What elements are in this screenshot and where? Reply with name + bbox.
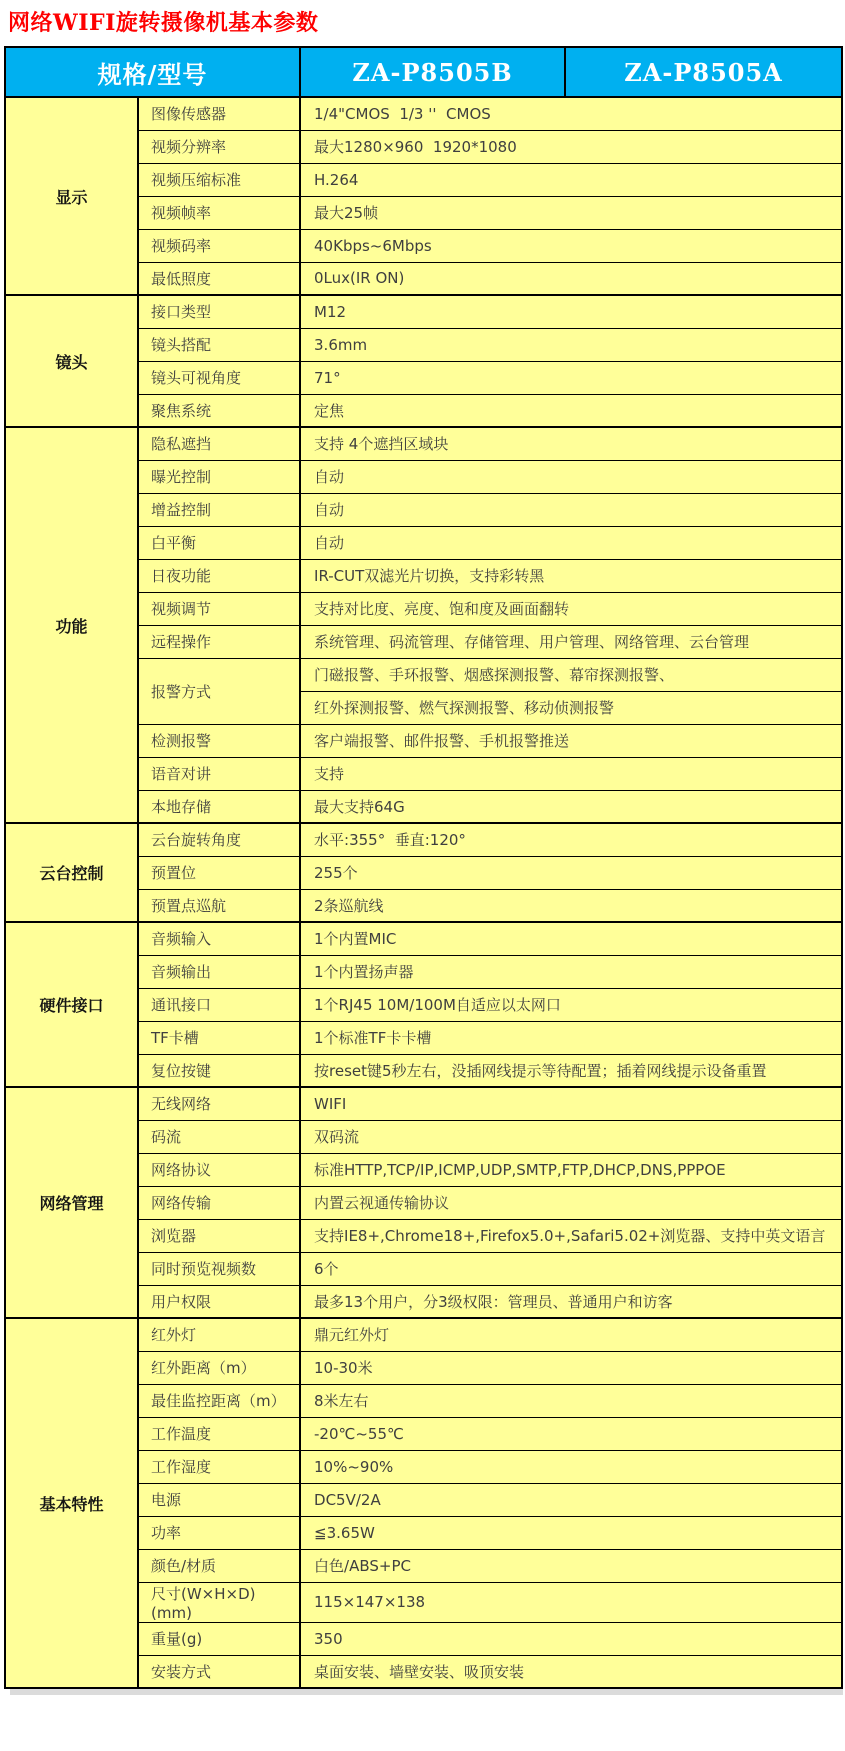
table-row: 云台控制云台旋转角度水平:355° 垂直:120°: [5, 823, 842, 856]
header-cell: ZA-P8505B: [300, 47, 565, 97]
spec-value: 系统管理、码流管理、存储管理、用户管理、网络管理、云台管理: [300, 625, 842, 658]
spec-label: 接口类型: [138, 295, 300, 328]
spec-label: 安装方式: [138, 1655, 300, 1688]
spec-label: 视频码率: [138, 229, 300, 262]
spec-label: 镜头搭配: [138, 328, 300, 361]
spec-label: 视频帧率: [138, 196, 300, 229]
spec-label: 网络协议: [138, 1153, 300, 1186]
spec-value: WIFI: [300, 1087, 842, 1120]
spec-value: 0Lux(IR ON): [300, 262, 842, 295]
spec-value: 水平:355° 垂直:120°: [300, 823, 842, 856]
spec-label: 曝光控制: [138, 460, 300, 493]
spec-value: H.264: [300, 163, 842, 196]
spec-label: 图像传感器: [138, 97, 300, 130]
spec-value: 3.6mm: [300, 328, 842, 361]
spec-value: 红外探测报警、燃气探测报警、移动侦测报警: [300, 691, 842, 724]
spec-label: 最低照度: [138, 262, 300, 295]
spec-label: 电源: [138, 1483, 300, 1516]
spec-value: 6个: [300, 1252, 842, 1285]
spec-value: 最大1280×960 1920*1080: [300, 130, 842, 163]
spec-label: 报警方式: [138, 658, 300, 724]
table-row: 网络管理无线网络WIFI: [5, 1087, 842, 1120]
spec-value: 1/4"CMOS 1/3 '' CMOS: [300, 97, 842, 130]
spec-label: TF卡槽: [138, 1021, 300, 1054]
page-title: 网络WIFI旋转摄像机基本参数: [8, 6, 845, 37]
spec-label: 网络传输: [138, 1186, 300, 1219]
spec-label: 预置点巡航: [138, 889, 300, 922]
spec-value: 内置云视通传输协议: [300, 1186, 842, 1219]
spec-label: 音频输入: [138, 922, 300, 955]
spec-value: 双码流: [300, 1120, 842, 1153]
spec-value: 支持: [300, 757, 842, 790]
spec-value: 自动: [300, 526, 842, 559]
spec-label: 红外距离（m）: [138, 1351, 300, 1384]
spec-value: 2条巡航线: [300, 889, 842, 922]
spec-label: 白平衡: [138, 526, 300, 559]
spec-value: 按reset键5秒左右，没插网线提示等待配置；插着网线提示设备重置: [300, 1054, 842, 1087]
spec-value: 71°: [300, 361, 842, 394]
spec-value: 客户端报警、邮件报警、手机报警推送: [300, 724, 842, 757]
spec-label: 工作湿度: [138, 1450, 300, 1483]
spec-label: 复位按键: [138, 1054, 300, 1087]
category-cell: 显示: [5, 97, 138, 295]
spec-value: 最大支持64G: [300, 790, 842, 823]
spec-value: 1个RJ45 10M/100M自适应以太网口: [300, 988, 842, 1021]
spec-value: 支持对比度、亮度、饱和度及画面翻转: [300, 592, 842, 625]
spec-label: 语音对讲: [138, 757, 300, 790]
category-cell: 网络管理: [5, 1087, 138, 1318]
table-row: 硬件接口音频输入1个内置MIC: [5, 922, 842, 955]
header-cell: 规格/型号: [5, 47, 300, 97]
table-row: 镜头接口类型M12: [5, 295, 842, 328]
spec-value: 1个标准TF卡卡槽: [300, 1021, 842, 1054]
category-cell: 镜头: [5, 295, 138, 427]
spec-label: 功率: [138, 1516, 300, 1549]
spec-value: 支持IE8+,Chrome18+,Firefox5.0+,Safari5.02+…: [300, 1219, 842, 1252]
spec-label: 增益控制: [138, 493, 300, 526]
spec-label: 视频压缩标准: [138, 163, 300, 196]
table-row: 功能隐私遮挡支持 4个遮挡区域块: [5, 427, 842, 460]
spec-label: 视频分辨率: [138, 130, 300, 163]
spec-value: -20℃~55℃: [300, 1417, 842, 1450]
spec-label: 浏览器: [138, 1219, 300, 1252]
spec-label: 无线网络: [138, 1087, 300, 1120]
spec-value: 标准HTTP,TCP/IP,ICMP,UDP,SMTP,FTP,DHCP,DNS…: [300, 1153, 842, 1186]
spec-label: 同时预览视频数: [138, 1252, 300, 1285]
spec-value: 最大25帧: [300, 196, 842, 229]
table-row: 基本特性红外灯鼎元红外灯: [5, 1318, 842, 1351]
table-row: 显示图像传感器1/4"CMOS 1/3 '' CMOS: [5, 97, 842, 130]
spec-label: 尺寸(W×H×D)(mm): [138, 1582, 300, 1622]
spec-value: 255个: [300, 856, 842, 889]
header-row: 规格/型号ZA-P8505BZA-P8505A: [5, 47, 842, 97]
spec-value: 鼎元红外灯: [300, 1318, 842, 1351]
spec-label: 最佳监控距离（m）: [138, 1384, 300, 1417]
spec-value: 白色/ABS+PC: [300, 1549, 842, 1582]
category-cell: 云台控制: [5, 823, 138, 922]
spec-label: 通讯接口: [138, 988, 300, 1021]
spec-table: 规格/型号ZA-P8505BZA-P8505A 显示图像传感器1/4"CMOS …: [4, 46, 843, 1689]
spec-label: 颜色/材质: [138, 1549, 300, 1582]
spec-label: 远程操作: [138, 625, 300, 658]
spec-label: 用户权限: [138, 1285, 300, 1318]
spec-value: ≦3.65W: [300, 1516, 842, 1549]
spec-label: 本地存储: [138, 790, 300, 823]
spec-label: 红外灯: [138, 1318, 300, 1351]
spec-value: 桌面安装、墙壁安装、吸顶安装: [300, 1655, 842, 1688]
spec-label: 重量(g): [138, 1622, 300, 1655]
spec-label: 镜头可视角度: [138, 361, 300, 394]
spec-value: 1个内置扬声器: [300, 955, 842, 988]
spec-value: 门磁报警、手环报警、烟感探测报警、幕帘探测报警、: [300, 658, 842, 691]
spec-sheet: 网络WIFI旋转摄像机基本参数 规格/型号ZA-P8505BZA-P8505A …: [0, 6, 845, 1695]
spec-label: 音频输出: [138, 955, 300, 988]
spec-value: M12: [300, 295, 842, 328]
spec-value: 定焦: [300, 394, 842, 427]
spec-label: 隐私遮挡: [138, 427, 300, 460]
spec-value: 350: [300, 1622, 842, 1655]
spec-value: 10-30米: [300, 1351, 842, 1384]
spec-label: 云台旋转角度: [138, 823, 300, 856]
spec-value: 8米左右: [300, 1384, 842, 1417]
table-header: 规格/型号ZA-P8505BZA-P8505A: [5, 47, 842, 97]
spec-value: 最多13个用户，分3级权限：管理员、普通用户和访客: [300, 1285, 842, 1318]
category-cell: 功能: [5, 427, 138, 823]
spec-value: IR-CUT双滤光片切换，支持彩转黑: [300, 559, 842, 592]
spec-label: 视频调节: [138, 592, 300, 625]
spec-value: 支持 4个遮挡区域块: [300, 427, 842, 460]
spec-label: 检测报警: [138, 724, 300, 757]
spec-label: 预置位: [138, 856, 300, 889]
spec-value: 1个内置MIC: [300, 922, 842, 955]
category-cell: 基本特性: [5, 1318, 138, 1688]
spec-label: 工作温度: [138, 1417, 300, 1450]
spec-label: 聚焦系统: [138, 394, 300, 427]
spec-value: DC5V/2A: [300, 1483, 842, 1516]
category-cell: 硬件接口: [5, 922, 138, 1087]
table-shadow: [10, 1689, 843, 1695]
spec-value: 自动: [300, 493, 842, 526]
spec-value: 115×147×138: [300, 1582, 842, 1622]
spec-value: 10%~90%: [300, 1450, 842, 1483]
spec-value: 40Kbps~6Mbps: [300, 229, 842, 262]
spec-label: 日夜功能: [138, 559, 300, 592]
spec-value: 自动: [300, 460, 842, 493]
header-cell: ZA-P8505A: [565, 47, 842, 97]
spec-label: 码流: [138, 1120, 300, 1153]
table-body: 显示图像传感器1/4"CMOS 1/3 '' CMOS视频分辨率最大1280×9…: [5, 97, 842, 1688]
